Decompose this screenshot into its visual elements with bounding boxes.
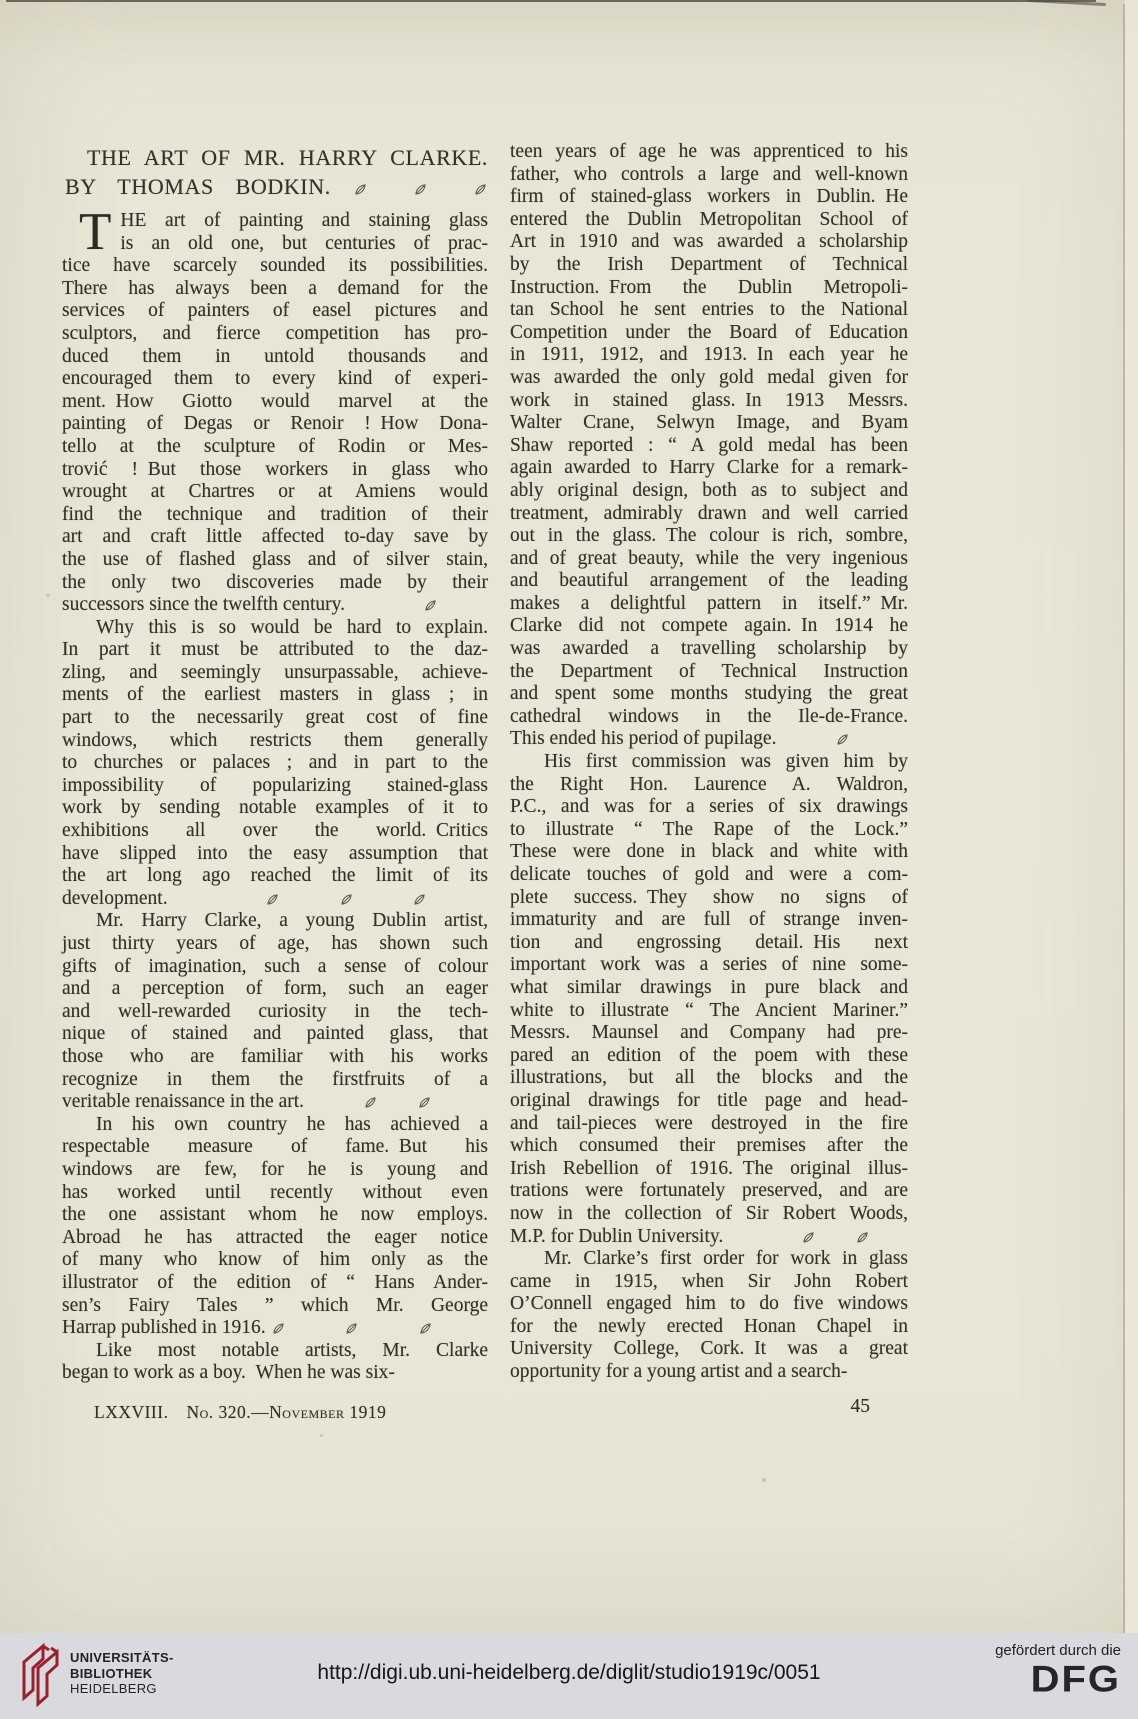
library-name-line: BIBLIOTHEK: [70, 1666, 174, 1682]
library-name-line: UNIVERSITÄTS-: [70, 1650, 174, 1666]
text-line: wrought at Chartres or at Amiens would: [62, 481, 488, 504]
text-line: M.P. for Dublin University.: [510, 1226, 908, 1249]
text-line: father, who controls a large and well-kn…: [510, 164, 908, 187]
text-line: immaturity and are full of strange inven…: [510, 909, 908, 932]
text-line: duced them in untold thousands and: [62, 346, 488, 369]
leaf-ornament-icon: [475, 184, 486, 195]
document-url: http://digi.ub.uni-heidelberg.de/diglit/…: [317, 1661, 820, 1685]
text-line: and a perception of form, such an eager: [62, 978, 488, 1001]
article-byline: BY THOMAS BODKIN.: [62, 172, 488, 201]
viewer-footer-band: UNIVERSITÄTS- BIBLIOTHEK HEIDELBERG http…: [0, 1633, 1138, 1719]
paragraph: Like most notable artists, Mr. Clarkebeg…: [62, 1340, 488, 1385]
article-title: THE ART OF MR. HARRY CLARKE.: [62, 143, 488, 172]
text-line: Shaw reported : “ A gold medal has been: [510, 435, 908, 458]
text-line: Clarke did not compete again. In 1914 he: [510, 615, 908, 638]
text-line: sen’s Fairy Tales ” which Mr. George: [62, 1295, 488, 1318]
scan-speck: [762, 1478, 766, 1482]
text-line: illustrations, but all the blocks and th…: [510, 1067, 908, 1090]
text-line: illustrator of the edition of “ Hans And…: [62, 1272, 488, 1295]
library-logo-text: UNIVERSITÄTS- BIBLIOTHEK HEIDELBERG: [70, 1650, 174, 1697]
text-line: Harrap published in 1916.: [62, 1317, 488, 1340]
text-line: tice have scarcely sounded its possibili…: [62, 255, 488, 278]
text-line: entered the Dublin Metropolitan School o…: [510, 209, 908, 232]
text-line: successors since the twelfth century.: [62, 594, 488, 617]
scan-speck: [320, 1434, 323, 1437]
text-line: This ended his period of pupilage.: [510, 728, 908, 751]
text-line: pared an edition of the poem with these: [510, 1045, 908, 1068]
leaf-ornament-icon: [346, 1323, 357, 1334]
text-line: Mr. Harry Clarke, a young Dublin artist,: [62, 910, 488, 933]
text-line: to churches or palaces ; and in part to …: [62, 752, 488, 775]
text-line: veritable renaissance in the art.: [62, 1091, 488, 1114]
text-line: These were done in black and white with: [510, 841, 908, 864]
text-line: which consumed their premises after the: [510, 1135, 908, 1158]
text-line: important work was a series of nine some…: [510, 954, 908, 977]
text-line: Mr. Clarke’s first order for work in gla…: [510, 1248, 908, 1271]
text-line: find the technique and tradition of thei…: [62, 504, 488, 527]
text-line: HE art of painting and staining glass: [62, 210, 488, 233]
text-line: In part it must be attributed to the daz…: [62, 639, 488, 662]
text-line: Abroad he has attracted the eager notice: [62, 1227, 488, 1250]
text-line: what similar drawings in pure black and: [510, 977, 908, 1000]
leaf-ornament-icon: [341, 894, 352, 905]
paragraph: Mr. Clarke’s first order for work in gla…: [510, 1248, 908, 1384]
text-line: white to illustrate “ The Ancient Marine…: [510, 1000, 908, 1023]
text-line: is an old one, but centuries of prac-: [62, 233, 488, 256]
page-edge-strip: [1125, 0, 1138, 1633]
right-column-body: teen years of age he was apprenticed to …: [510, 141, 908, 1384]
text-line: makes a delightful pattern in itself.” M…: [510, 593, 908, 616]
text-line: Instruction. From the Dublin Metropoli-: [510, 277, 908, 300]
text-line: teen years of age he was apprenticed to …: [510, 141, 908, 164]
text-line: to illustrate “ The Rape of the Lock.”: [510, 819, 908, 842]
leaf-ornament-icon: [414, 894, 425, 905]
text-line: windows, which restricts them generally: [62, 730, 488, 753]
text-line: trations were fortunately preserved, and…: [510, 1180, 908, 1203]
text-line: the Department of Technical Instruction: [510, 661, 908, 684]
text-line: of many who know of him only as the: [62, 1249, 488, 1272]
text-line: development.: [62, 888, 488, 911]
paragraph: Mr. Harry Clarke, a young Dublin artist,…: [62, 910, 488, 1113]
text-line: His first commission was given him by: [510, 751, 908, 774]
text-line: In his own country he has achieved a: [62, 1114, 488, 1137]
leaf-ornament-icon: [419, 1097, 430, 1108]
text-line: There has always been a demand for the: [62, 278, 488, 301]
paragraph: His first commission was given him bythe…: [510, 751, 908, 1248]
funding-note: gefördert durch die: [995, 1642, 1121, 1659]
text-line: cathedral windows in the Ile-de-France.: [510, 706, 908, 729]
leaf-ornament-icon: [420, 1323, 431, 1334]
text-line: art and craft little affected to-day sav…: [62, 526, 488, 549]
page-number: 45: [510, 1396, 908, 1419]
scanned-page: THE ART OF MR. HARRY CLARKE. BY THOMAS B…: [0, 0, 1138, 1719]
text-line: sculptors, and fierce competition has pr…: [62, 323, 488, 346]
scan-speck: [46, 594, 50, 597]
text-line: has worked until recently without even: [62, 1182, 488, 1205]
paragraph: THE art of painting and staining glassis…: [62, 210, 488, 617]
dfg-logo: DFG: [995, 1661, 1121, 1698]
text-line: ably original design, both as to subject…: [510, 480, 908, 503]
text-line: now in the collection of Sir Robert Wood…: [510, 1203, 908, 1226]
text-line: tello at the sculpture of Rodin or Mes-: [62, 436, 488, 459]
paragraph: Why this is so would be hard to explain.…: [62, 617, 488, 911]
text-line: was awarded a travelling scholarship by: [510, 638, 908, 661]
text-line: services of painters of easel pictures a…: [62, 300, 488, 323]
text-line: and tail-pieces were destroyed in the fi…: [510, 1113, 908, 1136]
text-line: work by sending notable examples of it t…: [62, 797, 488, 820]
text-line: by the Irish Department of Technical: [510, 254, 908, 277]
library-name-line: HEIDELBERG: [70, 1681, 174, 1697]
text-line: Art in 1910 and was awarded a scholarshi…: [510, 231, 908, 254]
text-line: the one assistant whom he now employs.: [62, 1204, 488, 1227]
text-line: out in the glass. The colour is rich, so…: [510, 525, 908, 548]
text-line: began to work as a boy. When he was six-: [62, 1362, 488, 1385]
text-line: part to the necessarily great cost of fi…: [62, 707, 488, 730]
text-line: and of great beauty, while the very inge…: [510, 548, 908, 571]
text-line: ment. How Giotto would marvel at the: [62, 391, 488, 414]
text-line: Irish Rebellion of 1916. The original il…: [510, 1158, 908, 1181]
text-line: respectable measure of fame. But his: [62, 1136, 488, 1159]
text-line: just thirty years of age, has shown such: [62, 933, 488, 956]
page-edge-line: [1123, 4, 1125, 1633]
leaf-ornament-icon: [857, 1232, 868, 1243]
left-column: THE ART OF MR. HARRY CLARKE. BY THOMAS B…: [62, 143, 488, 1423]
text-line: windows are few, for he is young and: [62, 1159, 488, 1182]
text-line: delicate touches of gold and were a com-: [510, 864, 908, 887]
text-line: the only two discoveries made by their: [62, 572, 488, 595]
text-line: Messrs. Maunsel and Company had pre-: [510, 1022, 908, 1045]
text-line: in 1911, 1912, and 1913. In each year he: [510, 344, 908, 367]
text-line: plete success. They show no signs of: [510, 887, 908, 910]
text-line: ments of the earliest masters in glass ;…: [62, 684, 488, 707]
text-line: zling, and seemingly unsurpassable, achi…: [62, 662, 488, 685]
text-line: recognize in them the firstfruits of a: [62, 1069, 488, 1092]
text-line: the use of flashed glass and of silver s…: [62, 549, 488, 572]
article-heading: THE ART OF MR. HARRY CLARKE. BY THOMAS B…: [62, 143, 488, 201]
scan-top-edge: [6, 0, 1096, 2]
text-line: work in stained glass. In 1913 Messrs.: [510, 390, 908, 413]
text-line: those who are familiar with his works: [62, 1046, 488, 1069]
text-line: trović ! But those workers in glass who: [62, 459, 488, 482]
text-line: encouraged them to every kind of experi-: [62, 368, 488, 391]
text-line: gifts of imagination, such a sense of co…: [62, 956, 488, 979]
text-line: was awarded the only gold medal given fo…: [510, 367, 908, 390]
text-line: P.C., and was for a series of six drawin…: [510, 796, 908, 819]
text-line: came in 1915, when Sir John Robert: [510, 1271, 908, 1294]
leaf-ornament-icon: [415, 184, 426, 195]
text-line: painting of Degas or Renoir ! How Dona-: [62, 413, 488, 436]
funding-block: gefördert durch die DFG: [995, 1642, 1121, 1701]
paragraph: teen years of age he was apprenticed to …: [510, 141, 908, 751]
leaf-ornament-icon: [803, 1232, 814, 1243]
text-line: firm of stained-glass workers in Dublin.…: [510, 186, 908, 209]
text-line: O’Connell engaged him to do five windows: [510, 1293, 908, 1316]
text-line: nique of stained and painted glass, that: [62, 1023, 488, 1046]
text-line: tan School he sent entries to the Nation…: [510, 299, 908, 322]
text-line: the art long ago reached the limit of it…: [62, 865, 488, 888]
text-line: Like most notable artists, Mr. Clarke: [62, 1340, 488, 1363]
text-line: and beautiful arrangement of the leading: [510, 570, 908, 593]
text-line: and spent some months studying the great: [510, 683, 908, 706]
text-line: exhibitions all over the world. Critics: [62, 820, 488, 843]
volume-footline: LXXVIII. No. 320.—November 1919: [62, 1401, 488, 1424]
text-line: have slipped into the easy assumption th…: [62, 843, 488, 866]
text-line: University College, Cork. It was a great: [510, 1338, 908, 1361]
library-logo-icon: [13, 1641, 67, 1707]
drop-cap: T: [79, 211, 111, 253]
right-column: teen years of age he was apprenticed to …: [510, 141, 908, 1418]
leaf-ornament-icon: [837, 734, 848, 745]
leaf-ornament-icon: [273, 1323, 284, 1334]
leaf-ornament-icon: [365, 1097, 376, 1108]
text-line: Walter Crane, Selwyn Image, and Byam: [510, 412, 908, 435]
leaf-ornament-icon: [425, 600, 436, 611]
leaf-ornament-icon: [267, 894, 278, 905]
text-line: Why this is so would be hard to explain.: [62, 617, 488, 640]
text-line: the Right Hon. Laurence A. Waldron,: [510, 774, 908, 797]
paragraph: In his own country he has achieved aresp…: [62, 1114, 488, 1340]
text-line: Competition under the Board of Education: [510, 322, 908, 345]
text-line: and well-rewarded curiosity in the tech-: [62, 1001, 488, 1024]
text-line: original drawings for title page and hea…: [510, 1090, 908, 1113]
text-line: tion and engrossing detail. His next: [510, 932, 908, 955]
leaf-ornament-icon: [355, 184, 366, 195]
text-line: impossibility of popularizing stained-gl…: [62, 775, 488, 798]
text-line: opportunity for a young artist and a sea…: [510, 1361, 908, 1384]
text-line: for the newly erected Honan Chapel in: [510, 1316, 908, 1339]
text-line: treatment, admirably drawn and well carr…: [510, 503, 908, 526]
text-line: again awarded to Harry Clarke for a rema…: [510, 457, 908, 480]
left-column-body: THE art of painting and staining glassis…: [62, 210, 488, 1385]
